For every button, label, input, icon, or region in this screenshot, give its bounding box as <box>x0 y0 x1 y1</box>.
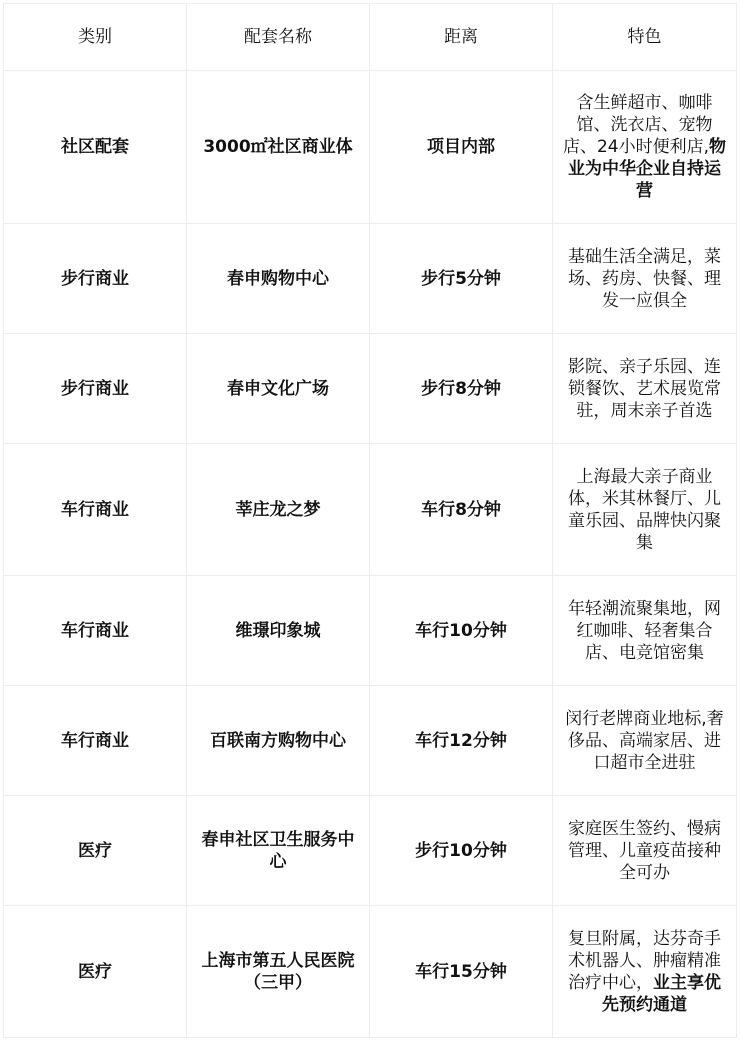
feature-text: 影院、亲子乐园、连锁餐饮、艺术展览常驻，周末亲子首选 <box>568 357 721 421</box>
cell-distance: 步行8分钟 <box>370 334 553 444</box>
cell-name: 春申文化广场 <box>187 334 370 444</box>
cell-category: 步行商业 <box>4 224 187 334</box>
cell-distance: 车行15分钟 <box>370 906 553 1038</box>
cell-name: 春申社区卫生服务中心 <box>187 796 370 906</box>
amenities-table: 类别 配套名称 距离 特色 社区配套 3000㎡社区商业体 项目内部 含生鲜超市… <box>3 3 737 1038</box>
feature-text: 含生鲜超市、咖啡馆、洗衣店、宠物店、24小时便利店, <box>563 93 713 157</box>
header-feature: 特色 <box>553 4 737 71</box>
header-name: 配套名称 <box>187 4 370 71</box>
header-distance: 距离 <box>370 4 553 71</box>
cell-feature: 复旦附属，达芬奇手术机器人、肿瘤精准治疗中心，业主享优先预约通道 <box>553 906 737 1038</box>
feature-text: 基础生活全满足，菜场、药房、快餐、理发一应俱全 <box>568 247 721 311</box>
cell-name: 维璟印象城 <box>187 576 370 686</box>
amenities-table-container: 类别 配套名称 距离 特色 社区配套 3000㎡社区商业体 项目内部 含生鲜超市… <box>3 3 737 1038</box>
cell-name: 百联南方购物中心 <box>187 686 370 796</box>
table-row: 车行商业 百联南方购物中心 车行12分钟 闵行老牌商业地标,奢侈品、高端家居、进… <box>4 686 737 796</box>
feature-text: 年轻潮流聚集地，网红咖啡、轻奢集合店、电竞馆密集 <box>568 599 721 663</box>
cell-feature: 影院、亲子乐园、连锁餐饮、艺术展览常驻，周末亲子首选 <box>553 334 737 444</box>
cell-category: 医疗 <box>4 796 187 906</box>
cell-distance: 车行8分钟 <box>370 444 553 576</box>
cell-name: 莘庄龙之梦 <box>187 444 370 576</box>
cell-category: 医疗 <box>4 906 187 1038</box>
cell-category: 车行商业 <box>4 576 187 686</box>
cell-feature: 家庭医生签约、慢病管理、儿童疫苗接种全可办 <box>553 796 737 906</box>
cell-feature: 闵行老牌商业地标,奢侈品、高端家居、进口超市全进驻 <box>553 686 737 796</box>
table-row: 社区配套 3000㎡社区商业体 项目内部 含生鲜超市、咖啡馆、洗衣店、宠物店、2… <box>4 71 737 224</box>
cell-name: 上海市第五人民医院（三甲） <box>187 906 370 1038</box>
cell-distance: 步行10分钟 <box>370 796 553 906</box>
feature-text: 闵行老牌商业地标,奢侈品、高端家居、进口超市全进驻 <box>565 709 723 773</box>
cell-feature: 年轻潮流聚集地，网红咖啡、轻奢集合店、电竞馆密集 <box>553 576 737 686</box>
cell-distance: 车行10分钟 <box>370 576 553 686</box>
table-row: 医疗 春申社区卫生服务中心 步行10分钟 家庭医生签约、慢病管理、儿童疫苗接种全… <box>4 796 737 906</box>
cell-name: 春申购物中心 <box>187 224 370 334</box>
cell-category: 步行商业 <box>4 334 187 444</box>
table-row: 车行商业 维璟印象城 车行10分钟 年轻潮流聚集地，网红咖啡、轻奢集合店、电竞馆… <box>4 576 737 686</box>
cell-feature: 含生鲜超市、咖啡馆、洗衣店、宠物店、24小时便利店,物业为中华企业自持运营 <box>553 71 737 224</box>
cell-category: 车行商业 <box>4 686 187 796</box>
cell-distance: 步行5分钟 <box>370 224 553 334</box>
cell-category: 社区配套 <box>4 71 187 224</box>
cell-feature: 上海最大亲子商业体，米其林餐厅、儿童乐园、品牌快闪聚集 <box>553 444 737 576</box>
feature-text: 上海最大亲子商业体，米其林餐厅、儿童乐园、品牌快闪聚集 <box>568 467 721 553</box>
cell-name: 3000㎡社区商业体 <box>187 71 370 224</box>
table-row: 医疗 上海市第五人民医院（三甲） 车行15分钟 复旦附属，达芬奇手术机器人、肿瘤… <box>4 906 737 1038</box>
header-category: 类别 <box>4 4 187 71</box>
cell-distance: 项目内部 <box>370 71 553 224</box>
cell-distance: 车行12分钟 <box>370 686 553 796</box>
feature-text: 家庭医生签约、慢病管理、儿童疫苗接种全可办 <box>568 819 721 883</box>
cell-feature: 基础生活全满足，菜场、药房、快餐、理发一应俱全 <box>553 224 737 334</box>
table-header-row: 类别 配套名称 距离 特色 <box>4 4 737 71</box>
table-row: 车行商业 莘庄龙之梦 车行8分钟 上海最大亲子商业体，米其林餐厅、儿童乐园、品牌… <box>4 444 737 576</box>
table-row: 步行商业 春申购物中心 步行5分钟 基础生活全满足，菜场、药房、快餐、理发一应俱… <box>4 224 737 334</box>
table-row: 步行商业 春申文化广场 步行8分钟 影院、亲子乐园、连锁餐饮、艺术展览常驻，周末… <box>4 334 737 444</box>
cell-category: 车行商业 <box>4 444 187 576</box>
